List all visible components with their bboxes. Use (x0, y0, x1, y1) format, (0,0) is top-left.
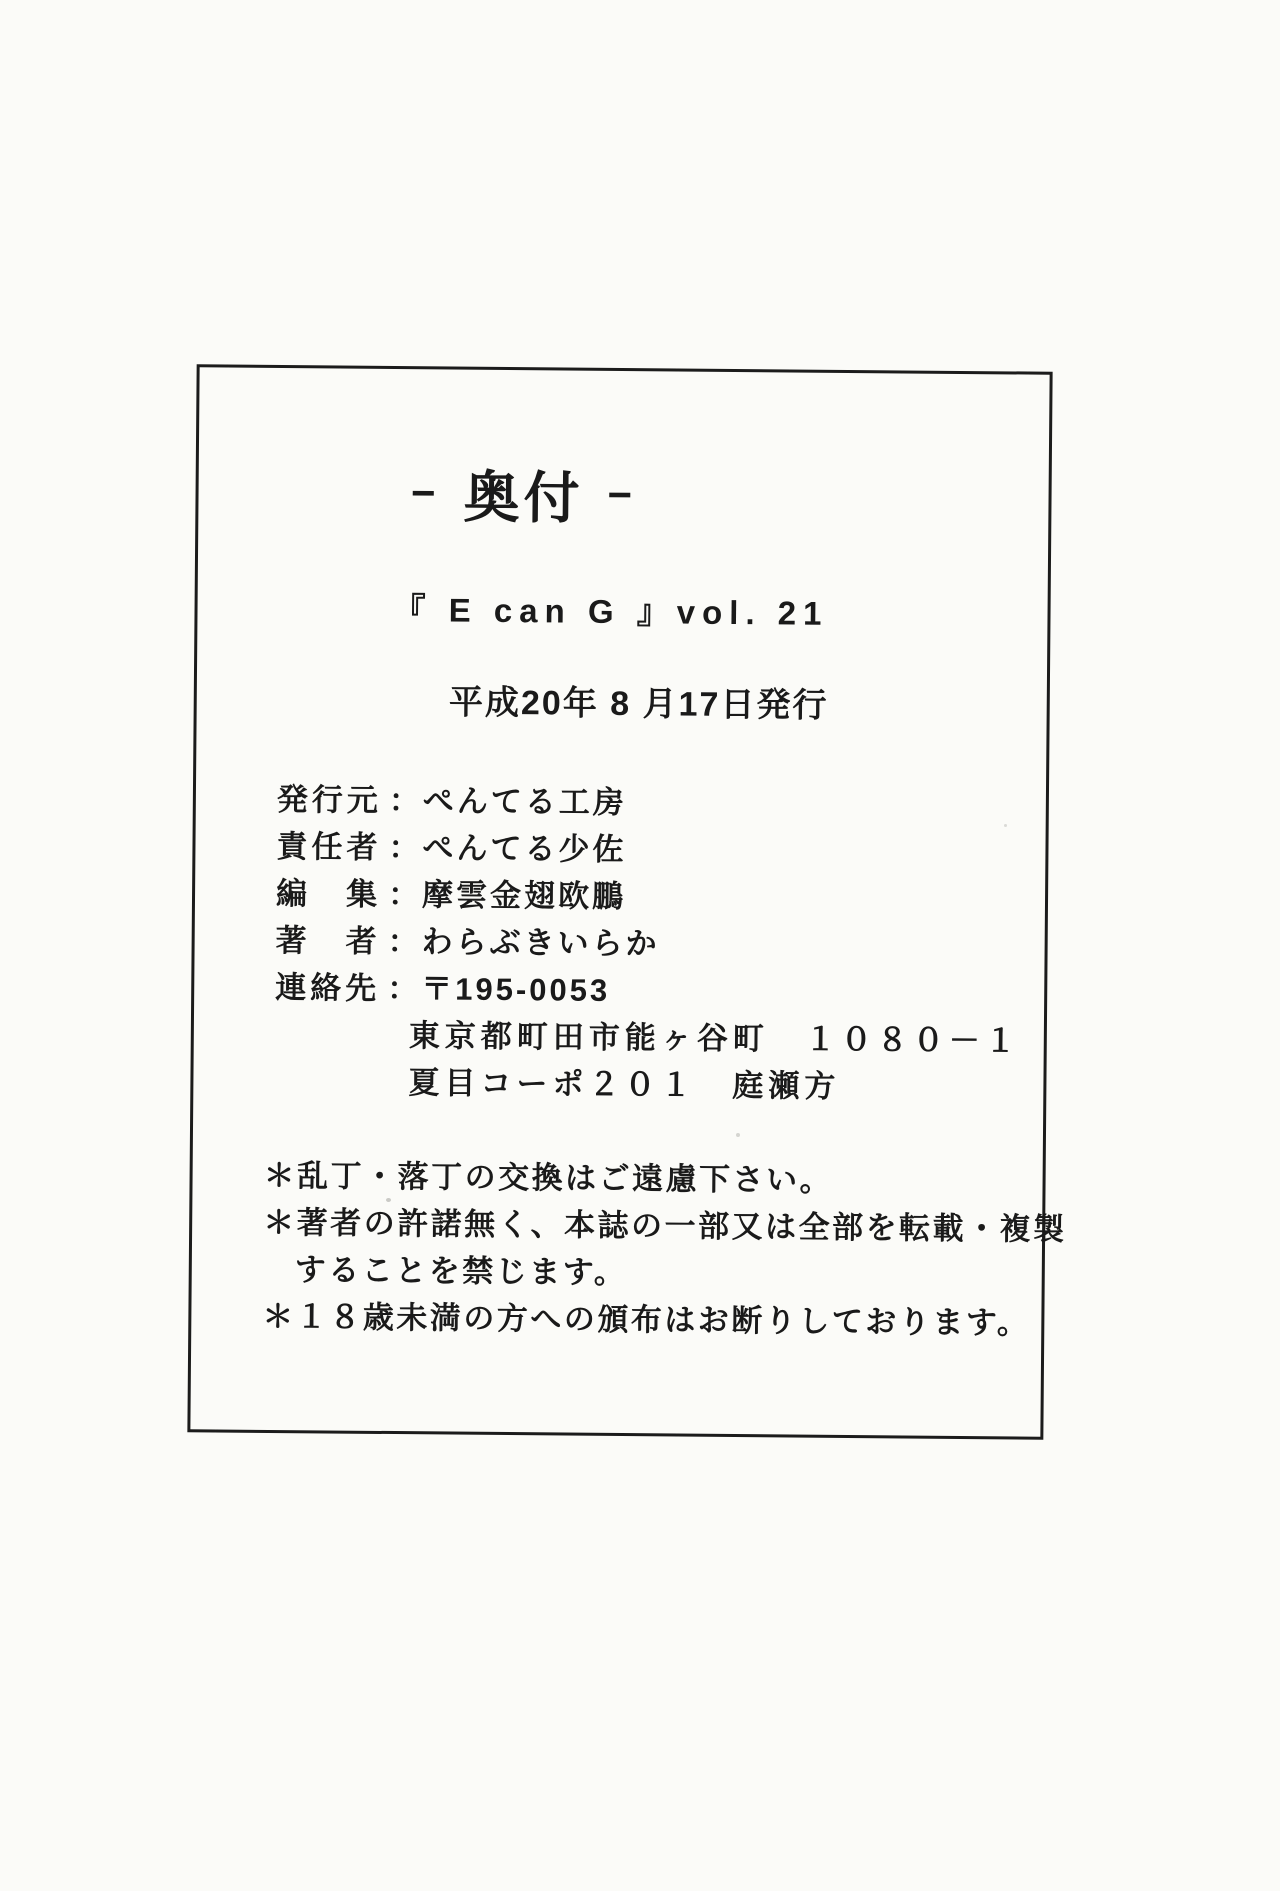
info-label: 発行元 (277, 776, 389, 824)
info-value: ：ぺんてる工房 (389, 783, 627, 820)
info-row-responsible: 責任者：ぺんてる少佐 (276, 823, 1022, 877)
title-left-dash: − (411, 472, 440, 514)
info-label: 編 集 (276, 870, 388, 918)
title-right-dash: − (607, 474, 636, 516)
disclaimer-notes: ＊乱丁・落丁の交換はご遠慮下さい。 ＊著者の許諾無く、本誌の一部又は全部を転載・… (262, 1152, 1067, 1347)
info-row-contact: 連絡先：〒195-0053 (275, 964, 1021, 1018)
note-line: ＊１８歳未満の方への頒布はお断りしております。 (262, 1293, 1066, 1347)
info-value: ：〒195-0053 (387, 971, 610, 1008)
info-row-author: 著 者：わらぶきいらか (275, 917, 1021, 971)
info-value: ：摩雲金翅欧鵬 (388, 877, 626, 914)
scan-dust-speck (386, 1198, 391, 1202)
scan-dust-speck (736, 1133, 740, 1137)
info-value: ：わらぶきいらか (387, 924, 659, 961)
info-label: 連絡先 (275, 964, 387, 1012)
address-line: 東京都町田市能ヶ谷町 １０８０－１ (409, 1012, 1021, 1064)
book-title: 『 E can G 』vol. 21 (185, 591, 1035, 631)
note-line-continuation: することを禁じます。 (263, 1246, 1067, 1300)
note-line: ＊乱丁・落丁の交換はご遠慮下さい。 (263, 1152, 1067, 1206)
publish-date: 平成20年 8 月17日発行 (214, 683, 1064, 724)
scanned-colophon-page: −奥付− 『 E can G 』vol. 21 平成20年 8 月17日発行 発… (0, 0, 1280, 1891)
colophon-title: −奥付− (198, 467, 848, 529)
info-value: ：ぺんてる少佐 (388, 830, 626, 867)
note-line: ＊著者の許諾無く、本誌の一部又は全部を転載・複製 (263, 1199, 1067, 1253)
info-label: 責任者 (276, 823, 388, 871)
info-row-publisher: 発行元：ぺんてる工房 (277, 776, 1023, 830)
publication-info: 発行元：ぺんてる工房 責任者：ぺんてる少佐 編 集：摩雲金翅欧鵬 著 者：わらぶ… (274, 776, 1023, 1111)
colophon-border-box: −奥付− 『 E can G 』vol. 21 平成20年 8 月17日発行 発… (187, 364, 1052, 1439)
info-row-editor: 編 集：摩雲金翅欧鵬 (276, 870, 1022, 924)
info-label: 著 者 (275, 917, 387, 965)
title-text: 奥付 (463, 466, 584, 530)
address-line: 夏目コーポ２０１ 庭瀬方 (408, 1059, 1020, 1111)
scan-dust-speck (1004, 824, 1007, 827)
